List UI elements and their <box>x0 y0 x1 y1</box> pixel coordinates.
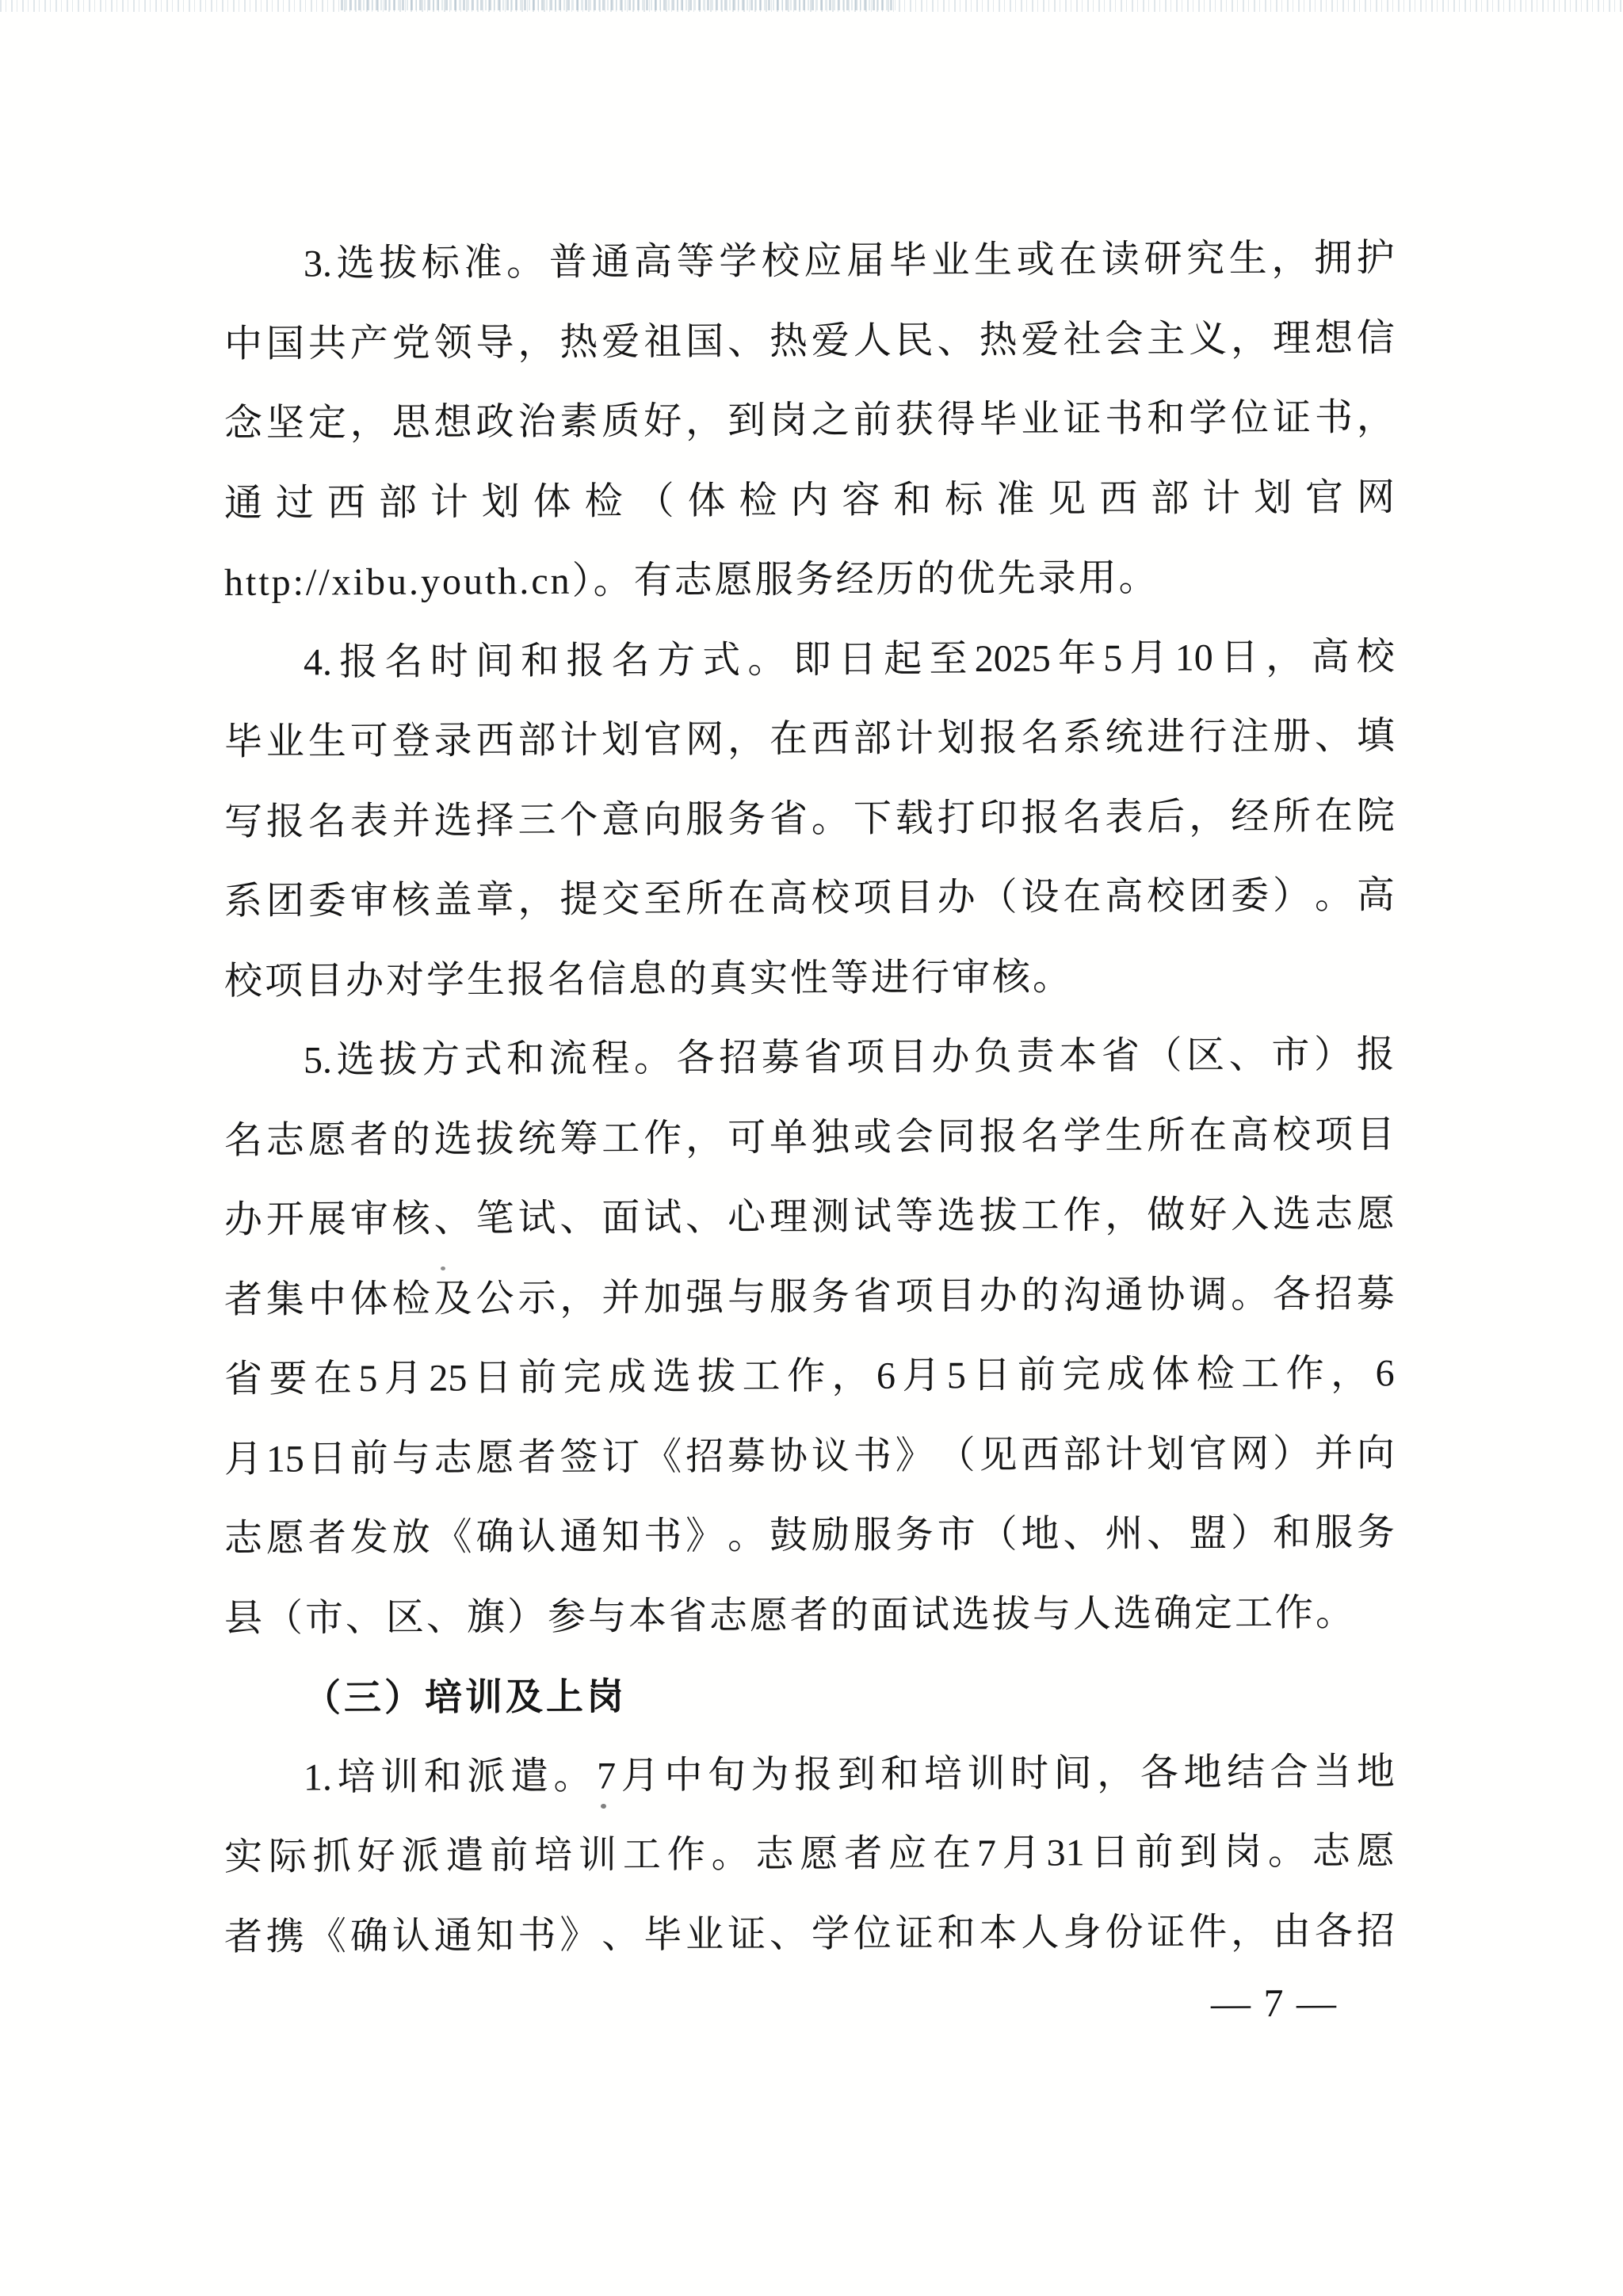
glyph: 西 <box>811 700 850 780</box>
glyph: 和 <box>880 1735 918 1815</box>
glyph: 身 <box>1063 1893 1101 1973</box>
glyph: 区 <box>1186 1016 1224 1096</box>
glyph: 部 <box>1063 1415 1101 1496</box>
glyph: 业 <box>931 221 969 301</box>
glyph: 选 <box>337 224 375 304</box>
glyph: 校 <box>1357 617 1395 697</box>
glyph: 打 <box>938 779 976 859</box>
glyph: 理 <box>1273 299 1311 379</box>
text-line: 1.培训和派遣。7月中旬为报到和培训时间，各地结合当地 <box>224 1733 1395 1818</box>
glyph: 统 <box>1105 698 1143 778</box>
glyph: 要 <box>269 1339 307 1419</box>
glyph: （ <box>980 1496 1018 1576</box>
text-line: 通过西部计划体检（体检内容和标准见西部计划官网 <box>224 458 1395 544</box>
glyph: 办 <box>931 1018 969 1098</box>
glyph: 选 <box>938 1177 976 1257</box>
glyph: 责 <box>1017 1018 1055 1098</box>
glyph: 和 <box>893 460 931 541</box>
glyph: 证 <box>1063 380 1101 460</box>
glyph: 书 <box>854 1416 892 1496</box>
glyph: 报 <box>1022 778 1060 858</box>
glyph: 核 <box>392 1180 430 1260</box>
glyph: 和 <box>938 1894 976 1974</box>
glyph: 岗 <box>1224 1813 1262 1893</box>
glyph: 在 <box>1063 858 1101 938</box>
glyph: 鼓 <box>769 1496 808 1576</box>
glyph: 部 <box>1151 459 1189 539</box>
glyph: 标 <box>422 223 460 304</box>
text-line: 念坚定，思想政治素质好，到岗之前获得毕业证书和学位证书， <box>224 378 1395 464</box>
glyph: 检 <box>1197 1335 1235 1415</box>
glyph: 程 <box>591 1019 629 1099</box>
glyph: 三 <box>517 781 556 861</box>
glyph: 者 <box>517 1418 556 1498</box>
glyph: 式 <box>464 1020 502 1100</box>
glyph: 校 <box>811 859 850 939</box>
glyph: 月 <box>621 1736 659 1817</box>
glyph: 目 <box>889 1018 927 1098</box>
glyph: 加 <box>643 1258 682 1338</box>
glyph: 份 <box>1105 1893 1143 1973</box>
glyph: 应 <box>804 222 842 302</box>
glyph: 作 <box>667 1816 705 1896</box>
glyph: 项 <box>846 1018 884 1098</box>
glyph: 合 <box>1270 1733 1308 1813</box>
glyph: 印 <box>980 778 1018 858</box>
glyph: 认 <box>517 1498 556 1578</box>
glyph: 高 <box>1105 858 1143 938</box>
glyph: 意 <box>601 781 640 861</box>
glyph: ） <box>1273 1414 1311 1494</box>
glyph: 系 <box>224 862 262 942</box>
glyph: ， <box>517 861 556 941</box>
glyph: 审 <box>350 861 388 942</box>
glyph: 设 <box>1022 858 1060 938</box>
glyph: 选 <box>434 1100 472 1180</box>
glyph: 统 <box>517 1099 556 1179</box>
glyph: 工 <box>743 1337 781 1417</box>
glyph: 日 <box>308 1419 346 1499</box>
glyph: 到 <box>727 381 766 461</box>
glyph: 表 <box>1105 777 1143 858</box>
glyph: 招 <box>685 1417 724 1497</box>
glyph: 训 <box>579 1816 617 1896</box>
glyph: 、 <box>1063 1495 1101 1575</box>
glyph: 6 <box>1376 1334 1395 1414</box>
glyph: ， <box>832 1337 870 1417</box>
glyph: 培 <box>534 1817 572 1897</box>
glyph: 选 <box>653 1338 691 1418</box>
glyph: 各 <box>1273 1255 1311 1335</box>
text-line: 5.选拔方式和流程。各招募省项目办负责本省（区、市）报 <box>224 1015 1395 1101</box>
glyph: 报 <box>1357 1015 1395 1095</box>
glyph: 月 <box>224 1419 262 1499</box>
glyph: 好 <box>1189 1175 1227 1255</box>
glyph: 》 <box>685 1497 724 1577</box>
glyph: 究 <box>1186 220 1224 300</box>
glyph: 协 <box>1147 1255 1185 1335</box>
page-number: — 7 — <box>1211 1979 1338 2027</box>
glyph: ， <box>1271 220 1309 300</box>
glyph: 想 <box>1315 299 1353 379</box>
glyph: 5 <box>358 1339 377 1419</box>
glyph: 产 <box>350 304 388 384</box>
glyph: ） <box>1231 1494 1269 1574</box>
glyph: 计 <box>430 463 468 543</box>
glyph: 地 <box>1357 1733 1395 1813</box>
glyph: 负 <box>974 1018 1012 1098</box>
glyph: 提 <box>559 861 598 941</box>
glyph: 理 <box>769 1178 808 1258</box>
glyph: 部 <box>517 701 556 781</box>
glyph: 审 <box>350 1180 388 1260</box>
glyph: 和 <box>521 621 559 701</box>
glyph: 到 <box>1179 1813 1217 1893</box>
glyph: ， <box>685 382 724 462</box>
glyph: 体 <box>350 1259 388 1339</box>
glyph: 31 <box>1047 1813 1085 1893</box>
glyph: 志 <box>224 1499 262 1580</box>
section-heading: （三）培训及上岗 <box>224 1652 1395 1738</box>
glyph: 热 <box>769 302 808 382</box>
glyph: 州 <box>1105 1495 1143 1575</box>
glyph: 项 <box>896 1257 934 1337</box>
scanned-document-page: 3.选拔标准。普通高等学校应届毕业生或在读研究生，拥护中国共产党领导，热爱祖国、… <box>0 0 1623 2296</box>
glyph: （ <box>1144 1017 1182 1097</box>
glyph: 表 <box>350 781 388 861</box>
glyph: 》 <box>896 1416 934 1496</box>
glyph: 目 <box>896 858 934 938</box>
glyph: 在 <box>1189 1096 1227 1176</box>
glyph: 务 <box>1357 1493 1395 1573</box>
glyph: 团 <box>266 861 304 942</box>
glyph: 工 <box>1022 1176 1060 1256</box>
glyph: 议 <box>811 1416 850 1496</box>
glyph: 主 <box>1147 300 1185 380</box>
glyph: 沟 <box>1063 1256 1101 1336</box>
glyph: 的 <box>392 1100 430 1180</box>
glyph: 通 <box>1105 1255 1143 1335</box>
glyph: 好 <box>643 382 682 462</box>
glyph: ， <box>1357 378 1395 458</box>
glyph: 集 <box>266 1260 304 1340</box>
glyph: ， <box>1105 1176 1143 1256</box>
glyph: 强 <box>685 1258 724 1338</box>
glyph: 校 <box>1273 1095 1311 1175</box>
glyph: 西 <box>1099 459 1137 539</box>
glyph: 导 <box>476 304 514 384</box>
glyph: 官 <box>1305 458 1343 538</box>
glyph: 网 <box>1231 1415 1269 1495</box>
glyph: 旬 <box>708 1736 746 1816</box>
glyph: 高 <box>1357 856 1395 936</box>
glyph: 国 <box>266 304 304 384</box>
glyph: 在 <box>769 700 808 780</box>
glyph: 划 <box>1254 458 1292 538</box>
glyph: 由 <box>1273 1892 1311 1972</box>
glyph: 服 <box>1315 1494 1353 1574</box>
glyph: 在 <box>314 1339 352 1419</box>
glyph: 地 <box>1022 1495 1060 1575</box>
glyph: 月 <box>384 1339 422 1419</box>
glyph: 民 <box>896 301 934 381</box>
glyph: 进 <box>1147 698 1185 778</box>
glyph: 完 <box>1062 1335 1100 1415</box>
glyph: 高 <box>1231 1096 1269 1176</box>
glyph: 认 <box>392 1897 430 1977</box>
text-line: 志愿者发放《确认通知书》。鼓励服务市（地、州、盟）和服务 <box>224 1493 1395 1579</box>
glyph: 3. <box>304 224 332 304</box>
glyph: 工 <box>601 1099 640 1179</box>
glyph: 可 <box>727 1098 766 1179</box>
glyph: 市 <box>938 1496 976 1576</box>
glyph: 前 <box>854 381 892 461</box>
glyph: 培 <box>338 1738 376 1818</box>
glyph: 时 <box>430 622 468 702</box>
glyph: 证 <box>1273 379 1311 459</box>
glyph: 目 <box>938 1257 976 1337</box>
glyph: 愿 <box>1357 1812 1395 1892</box>
glyph: 服 <box>854 1496 892 1576</box>
glyph: 招 <box>1357 1892 1395 1972</box>
glyph: 、 <box>938 301 976 381</box>
glyph: （ <box>938 1416 976 1496</box>
glyph: 名 <box>1063 778 1101 858</box>
glyph: 研 <box>1144 220 1182 300</box>
ink-speck-artifact <box>441 1266 445 1270</box>
glyph: 本 <box>980 1893 1018 1973</box>
glyph: ， <box>1231 1893 1269 1973</box>
glyph: 质 <box>601 382 640 462</box>
glyph: 募 <box>762 1018 800 1098</box>
glyph: 愿 <box>266 1499 304 1579</box>
glyph: 等 <box>896 1177 934 1257</box>
glyph: 志 <box>756 1815 794 1895</box>
glyph: 名 <box>1022 1097 1060 1177</box>
glyph: 志 <box>1315 1175 1353 1255</box>
glyph: 办 <box>980 1256 1018 1336</box>
glyph: ， <box>1331 1334 1369 1414</box>
glyph: 《 <box>434 1498 472 1578</box>
glyph: 划 <box>1147 1415 1185 1495</box>
glyph: 在 <box>933 1814 971 1894</box>
glyph: 日 <box>1090 1813 1128 1893</box>
glyph: ， <box>1189 777 1227 858</box>
glyph: 起 <box>884 620 922 700</box>
glyph: 办 <box>938 858 976 938</box>
glyph: 容 <box>842 460 880 541</box>
glyph: 》 <box>559 1896 598 1976</box>
glyph: 选 <box>1273 1175 1311 1255</box>
glyph: 热 <box>559 303 598 383</box>
glyph: 校 <box>762 222 800 302</box>
glyph: 毕 <box>889 221 927 301</box>
glyph: 知 <box>476 1897 514 1977</box>
glyph: 热 <box>980 300 1018 380</box>
glyph: 中 <box>224 304 262 384</box>
glyph: 得 <box>938 380 976 460</box>
glyph: 岗 <box>769 381 808 461</box>
glyph: 志 <box>1312 1813 1350 1893</box>
glyph: 报 <box>566 621 604 701</box>
glyph: 读 <box>1102 220 1140 300</box>
glyph: 册 <box>1273 697 1311 777</box>
text-line: 省要在5月25日前完成选拔工作，6月5日前完成体检工作，6 <box>224 1334 1395 1419</box>
glyph: 入 <box>1231 1175 1269 1255</box>
glyph: 名 <box>384 622 422 702</box>
glyph: 生 <box>1229 220 1267 300</box>
glyph: 到 <box>838 1735 876 1815</box>
glyph: 党 <box>392 304 430 384</box>
glyph: 训 <box>967 1734 1005 1814</box>
glyph: 即 <box>793 620 831 700</box>
glyph: 试 <box>517 1179 556 1259</box>
glyph: 应 <box>888 1814 926 1894</box>
glyph: 时 <box>1010 1734 1048 1814</box>
glyph: 通 <box>224 464 262 544</box>
glyph: 社 <box>1063 300 1101 380</box>
glyph: 和 <box>1273 1494 1311 1574</box>
glyph: 募 <box>1357 1255 1395 1335</box>
glyph: 向 <box>643 780 682 860</box>
glyph: 官 <box>643 701 682 781</box>
glyph: 愿 <box>1357 1175 1395 1255</box>
glyph: 报 <box>339 622 377 702</box>
glyph: 省 <box>769 780 808 860</box>
glyph: 作 <box>643 1098 682 1179</box>
glyph: 各 <box>677 1019 715 1099</box>
glyph: 学 <box>1189 379 1227 459</box>
glyph: 检 <box>392 1259 430 1339</box>
glyph: 至 <box>929 620 967 700</box>
glyph: 、 <box>434 1179 472 1259</box>
glyph: 前 <box>490 1817 528 1897</box>
glyph: 成 <box>1107 1335 1145 1415</box>
glyph: 省 <box>854 1257 892 1337</box>
glyph: 名 <box>612 621 650 701</box>
glyph: 日 <box>838 620 876 700</box>
glyph: 发 <box>350 1499 388 1579</box>
glyph: 愿 <box>308 1101 346 1181</box>
glyph: 官 <box>1189 1415 1227 1495</box>
glyph: 祖 <box>643 302 682 382</box>
glyph: 的 <box>1022 1256 1060 1336</box>
glyph: 、 <box>1315 697 1353 777</box>
glyph: 盖 <box>434 861 472 941</box>
glyph: 遣 <box>510 1736 548 1817</box>
glyph: 同 <box>938 1098 976 1178</box>
text-line: 县（市、区、旗）参与本省志愿者的面试选拔与人选确定工作。 <box>224 1573 1395 1659</box>
glyph: 目 <box>1357 1095 1395 1175</box>
scan-edge-noise-artifact <box>0 0 1623 12</box>
glyph: 试 <box>854 1178 892 1258</box>
glyph: ） <box>1273 857 1311 937</box>
glyph: 见 <box>1048 460 1086 540</box>
glyph: 面 <box>601 1179 640 1259</box>
glyph: 至 <box>643 860 682 940</box>
glyph: 计 <box>1105 1415 1143 1495</box>
text-line: 名志愿者的选拔统筹工作，可单独或会同报名学生所在高校项目 <box>224 1095 1395 1181</box>
glyph: 网 <box>685 701 724 781</box>
glyph: 在 <box>1315 777 1353 857</box>
glyph: 地 <box>1183 1733 1221 1813</box>
glyph: 定 <box>308 384 346 464</box>
glyph: 、 <box>1147 1495 1185 1575</box>
glyph: 4. <box>304 623 332 703</box>
glyph: 通 <box>559 1498 598 1578</box>
glyph: 网 <box>1357 458 1395 538</box>
glyph: 各 <box>1315 1892 1353 1972</box>
glyph: 。 <box>1231 1255 1269 1335</box>
glyph: 励 <box>811 1496 850 1576</box>
glyph: 准 <box>464 223 502 304</box>
glyph: 者 <box>350 1100 388 1180</box>
glyph: 并 <box>392 781 430 861</box>
glyph: 业 <box>1022 380 1060 460</box>
glyph: 治 <box>517 383 556 463</box>
glyph: 坚 <box>266 384 304 464</box>
glyph: 实 <box>224 1818 262 1898</box>
glyph: 省 <box>224 1340 262 1420</box>
glyph: 、 <box>769 1895 808 1975</box>
glyph: 想 <box>434 383 472 463</box>
glyph: 获 <box>896 380 934 460</box>
glyph: 派 <box>467 1737 505 1817</box>
glyph: 方 <box>657 621 695 701</box>
glyph: 间 <box>475 622 514 702</box>
glyph: ， <box>559 1259 598 1339</box>
glyph: 、 <box>685 1179 724 1259</box>
glyph: 证 <box>1147 1893 1185 1973</box>
glyph: 西 <box>476 701 514 781</box>
glyph: 填 <box>1357 697 1395 777</box>
glyph: 展 <box>308 1180 346 1260</box>
glyph: 交 <box>601 860 640 940</box>
glyph: 服 <box>769 1258 808 1338</box>
glyph: 年 <box>1058 619 1096 699</box>
glyph: 《 <box>308 1897 346 1977</box>
glyph: 开 <box>266 1180 304 1260</box>
glyph: 筹 <box>559 1099 598 1179</box>
glyph: 人 <box>854 301 892 381</box>
text-line: 4.报名时间和报名方式。即日起至2025年5月10日，高校 <box>224 617 1395 703</box>
glyph: 和 <box>1147 380 1185 460</box>
glyph: 月 <box>1129 618 1167 698</box>
glyph: 划 <box>938 699 976 779</box>
glyph: 成 <box>608 1338 646 1418</box>
glyph: 和 <box>506 1020 544 1100</box>
glyph: 、 <box>727 302 766 382</box>
glyph: 方 <box>422 1020 460 1100</box>
glyph: 志 <box>434 1419 472 1499</box>
glyph: 招 <box>1315 1255 1353 1335</box>
glyph: 生 <box>308 702 346 782</box>
glyph: 《 <box>643 1417 682 1497</box>
glyph: 培 <box>924 1735 962 1815</box>
glyph: ， <box>517 303 556 383</box>
glyph: 后 <box>1147 777 1185 858</box>
glyph: 部 <box>854 700 892 780</box>
glyph: 等 <box>677 223 715 303</box>
text-line: 月15日前与志愿者签订《招募协议书》（见西部计划官网）并向 <box>224 1414 1395 1499</box>
glyph: 爱 <box>811 301 850 381</box>
glyph: 示 <box>517 1259 556 1339</box>
glyph: 素 <box>559 383 598 463</box>
text-line: 实际抓好派遣前培训工作。志愿者应在7月31日前到岗。志愿 <box>224 1812 1395 1897</box>
glyph: 西 <box>1022 1415 1060 1496</box>
glyph: 。 <box>747 621 785 701</box>
glyph: 思 <box>392 384 430 464</box>
